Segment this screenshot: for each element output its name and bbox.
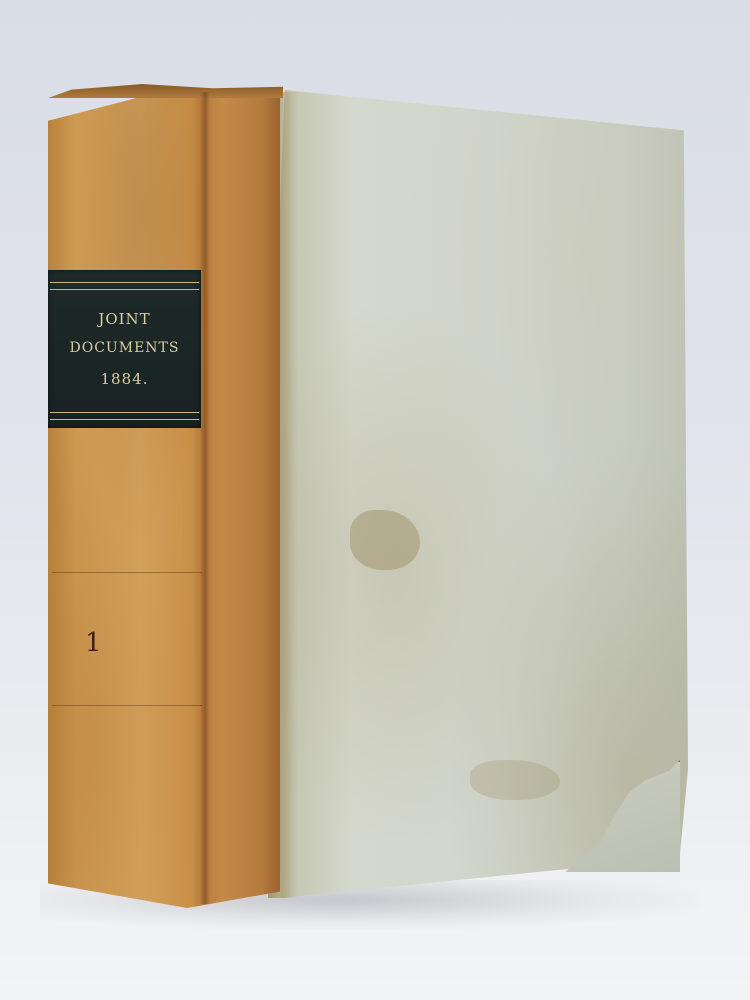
spine-joint — [200, 92, 210, 904]
label-line-1: JOINT — [48, 310, 201, 328]
label-line-3: 1884. — [48, 370, 201, 388]
volume-number: 1 — [85, 628, 102, 658]
book-spine — [48, 88, 280, 908]
gilt-rule-bottom — [50, 412, 199, 420]
book-photo: JOINT DOCUMENTS 1884. 1 — [0, 0, 750, 1000]
cover-stain — [470, 760, 560, 800]
spine-title-label: JOINT DOCUMENTS 1884. — [48, 270, 201, 428]
spine-headcap — [48, 84, 283, 98]
label-line-2: DOCUMENTS — [48, 340, 201, 356]
gilt-rule-top — [50, 282, 199, 290]
spine-rule — [52, 572, 202, 573]
spine-rule — [52, 705, 202, 706]
